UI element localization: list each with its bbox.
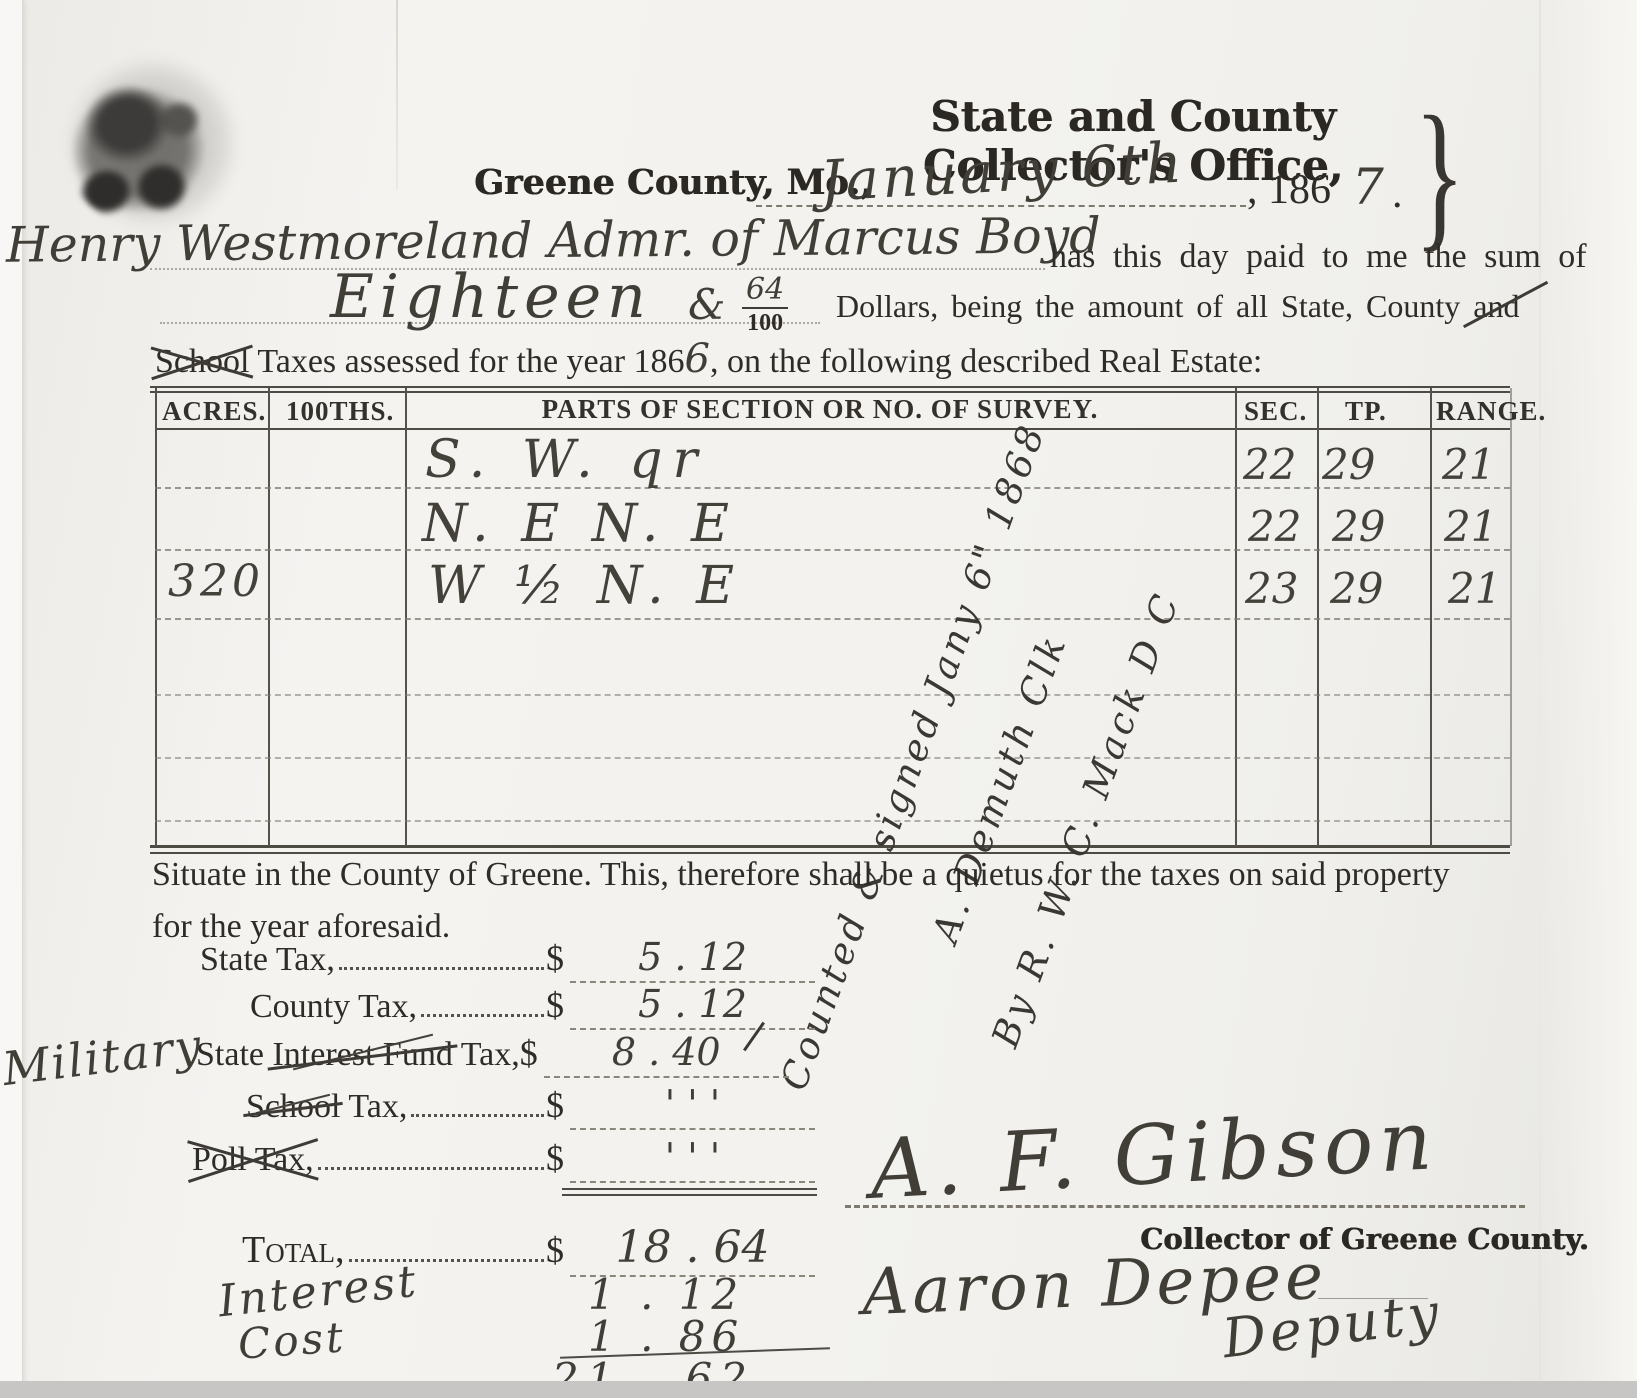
row-rule-5 [155, 757, 1510, 759]
amount-words-handwritten: Eighteen [330, 262, 652, 332]
tax-amount-handwritten: ' ' ' [570, 1135, 815, 1183]
tax-row-state-interest-fund: State Interest Fund Tax, $ 8 . 40 [196, 1030, 815, 1078]
table-top-rule-2 [150, 391, 1510, 393]
table-vline-sec [1317, 388, 1319, 846]
dollars-text-pre: Dollars, being the amount of all State, … [836, 288, 1473, 324]
dollar-sign: $ [546, 1084, 564, 1126]
dollar-sign: $ [546, 984, 564, 1026]
total-amount-handwritten: 18 . 64 [570, 1222, 815, 1277]
subtotal-rule-2 [562, 1194, 817, 1196]
military-note-handwritten: Military [0, 1018, 206, 1096]
struck-words: Poll Tax, [192, 1141, 314, 1179]
table-row-tp: 29 [1322, 440, 1375, 489]
col-header-tp: TP. [1345, 396, 1387, 427]
table-row-sec: 23 [1245, 564, 1298, 613]
table-vline-tp [1430, 388, 1432, 846]
taxes-text-mid: Taxes assessed for the year 186 [257, 343, 684, 380]
left-page-fold [0, 0, 23, 1398]
table-row-acres: 320 [168, 556, 264, 607]
col-header-hundredths: 100THS. [286, 396, 394, 427]
dotted-leader [411, 1114, 544, 1117]
school-struck-word: School [155, 343, 249, 381]
row-rule-2 [155, 549, 1510, 551]
tax-row-poll: Poll Tax, $ ' ' ' [192, 1135, 815, 1183]
cents-denominator: 100 [747, 309, 783, 335]
dollars-text: Dollars, being the amount of all State, … [836, 288, 1519, 325]
year-period: . [1392, 170, 1403, 218]
table-vline-left [155, 388, 157, 846]
dotted-leader [421, 1014, 544, 1017]
tax-receipt-document: State and County Collector's Office, } G… [0, 0, 1637, 1398]
cents-fraction: 64 100 [742, 272, 788, 335]
tax-label: State Interest Fund Tax, [196, 1036, 520, 1074]
dollar-sign: $ [546, 937, 564, 979]
dollar-sign: $ [546, 1137, 564, 1179]
tax-row-school: School Tax, $ ' ' ' [246, 1082, 815, 1130]
col-header-acres: ACRES. [162, 396, 266, 427]
row-rule-4 [155, 694, 1510, 696]
table-row-tp: 29 [1332, 502, 1385, 551]
table-row-range: 21 [1442, 440, 1495, 489]
right-edge-shading [1541, 0, 1637, 1398]
dollars-struck-word: and [1473, 288, 1519, 325]
table-row-tp: 29 [1330, 564, 1383, 613]
dotted-leader [339, 967, 544, 970]
table-row-sec: 22 [1248, 502, 1301, 551]
year-printed: , 186 [1247, 166, 1331, 214]
table-vline-right [1510, 388, 1512, 846]
cents-numerator: 64 [742, 275, 788, 309]
table-vline-acres [268, 388, 270, 846]
table-bottom-rule-1 [150, 845, 1510, 848]
tax-label: Poll Tax, [192, 1141, 314, 1179]
tax-amount-handwritten: 5 . 12 [570, 935, 815, 983]
row-rule-1 [155, 487, 1510, 489]
signature-line [845, 1205, 1525, 1208]
dollar-sign: $ [520, 1032, 538, 1074]
subtotal-rule-1 [562, 1188, 817, 1190]
row-rule-3 [155, 618, 1510, 620]
assessed-year-digit: 6 [685, 336, 710, 382]
struck-words: Interest Fund [272, 1036, 452, 1074]
county-line: Greene County, Mo., [474, 162, 872, 203]
tax-amount-handwritten: 8 . 40 [544, 1030, 789, 1078]
situate-line1: Situate in the County of Greene. This, t… [152, 856, 1450, 894]
tax-label: State Tax, [200, 941, 335, 979]
struck-words: School [246, 1088, 340, 1126]
scan-edge [0, 1381, 1637, 1398]
table-row-parts: N. E N. E [422, 494, 737, 554]
table-header-rule [155, 428, 1510, 430]
cost-label-handwritten: Cost [236, 1312, 347, 1368]
tax-amount-handwritten: 5 . 12 [570, 982, 815, 1030]
year-digit-handwritten: 7 [1352, 158, 1384, 216]
taxes-assessed-line: School Taxes assessed for the year 1866,… [155, 336, 1262, 382]
tax-label: County Tax, [250, 988, 417, 1026]
paper-crease [396, 0, 398, 190]
table-vline-parts [1235, 388, 1237, 846]
taxes-text-end: , on the following described Real Estate… [710, 343, 1262, 380]
row-rule-6 [155, 820, 1510, 822]
tax-amount-handwritten: ' ' ' [570, 1082, 815, 1130]
dollar-sign: $ [546, 1229, 564, 1271]
tax-label: School Tax, [246, 1088, 407, 1126]
table-row-range: 21 [1444, 502, 1497, 551]
paid-text: has this day paid to me the sum of [1050, 238, 1587, 276]
dotted-leader [318, 1167, 544, 1170]
tax-row-county: County Tax, $ 5 . 12 [250, 982, 815, 1030]
table-row-range: 21 [1448, 564, 1501, 613]
clerk-annotation-handwritten: Counted & signed Jany 6" 1868 A. Demuth … [739, 379, 1262, 1197]
col-header-sec: SEC. [1244, 396, 1307, 427]
table-top-rule-1 [150, 386, 1510, 388]
table-row-parts: S. W. qr [425, 430, 707, 490]
table-vline-hundredths [405, 388, 407, 846]
table-row-parts: W ½ N. E [428, 556, 742, 616]
tax-row-state: State Tax, $ 5 . 12 [200, 935, 815, 983]
col-header-range: RANGE. [1436, 396, 1546, 427]
amount-ampersand: & [688, 280, 725, 329]
